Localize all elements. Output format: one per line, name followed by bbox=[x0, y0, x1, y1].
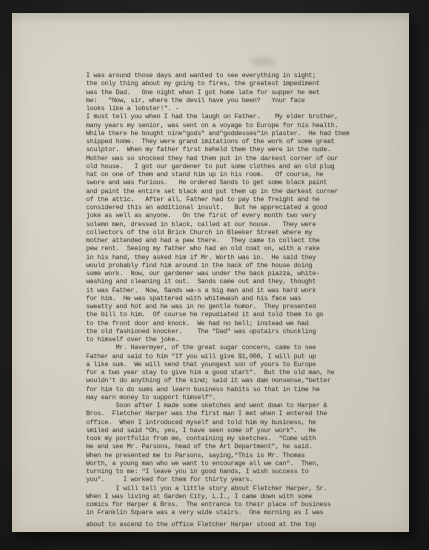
typed-line: for him to do sums and learn business ha… bbox=[86, 386, 378, 394]
typed-line: When he presented me to Parsons, saying,… bbox=[86, 452, 378, 460]
typed-line: I was around those days and wanted to se… bbox=[86, 72, 378, 80]
typed-line: While there he bought nine"gods" and"god… bbox=[86, 130, 378, 138]
typed-line: of the attic. After all, Father had to p… bbox=[86, 196, 378, 204]
typed-line: the bill to him. Of course he repudiated… bbox=[86, 311, 378, 319]
typed-line: comics for Harper & Bros. The entrance t… bbox=[86, 501, 378, 509]
typed-line: wouldn't do anything of the kind; said i… bbox=[86, 377, 378, 385]
typed-line: swore and was furious. He ordered Sands … bbox=[86, 179, 378, 187]
typed-line: the only thing about my going to fires, … bbox=[86, 80, 378, 88]
typed-line: smiled and said "Oh, yes, I have seen so… bbox=[86, 427, 378, 435]
typed-line: washing and cleaning it out. Sands came … bbox=[86, 278, 378, 286]
typed-line: and paint the entire set black and put t… bbox=[86, 188, 378, 196]
typed-line: for a two year stay to give him a good s… bbox=[86, 369, 378, 377]
document-text: I was around those days and wanted to se… bbox=[86, 72, 378, 529]
typed-line: the old fashioned knocker. The "Dad" was… bbox=[86, 328, 378, 336]
typed-line: I must tell you when I had the laugh on … bbox=[86, 113, 378, 121]
typed-line: Bros. Fletcher Harper was the first man … bbox=[86, 410, 378, 418]
typed-line: I will tell you a little story about Fle… bbox=[86, 485, 378, 493]
typed-line: it was Father. Now, Sands wa-s a big man… bbox=[86, 287, 378, 295]
typed-line: joke as well as anyone. On the first of … bbox=[86, 212, 378, 220]
typed-line: me and see Mr. Parsons, head of the Art … bbox=[86, 443, 378, 451]
typed-line: solemn men, dressed in black, called at … bbox=[86, 221, 378, 229]
typed-line: Mother was so shocked they had them put … bbox=[86, 155, 378, 163]
typed-line: mother attended and had a pew there. The… bbox=[86, 237, 378, 245]
typed-line: for him. He was spattered with whitewash… bbox=[86, 295, 378, 303]
paper-smudge bbox=[250, 57, 276, 66]
typed-line: to himself over the joke. bbox=[86, 336, 378, 344]
typed-line: shipped home. They were grand imitations… bbox=[86, 138, 378, 146]
typed-line: you". I worked for them for thirty years… bbox=[86, 476, 378, 484]
typed-line: Worth, a young man who we want to encour… bbox=[86, 460, 378, 468]
typed-line: pew rent. Seeing my father who had an ol… bbox=[86, 245, 378, 253]
typed-line: sweatty and hot and he was in no gentle … bbox=[86, 303, 378, 311]
typed-line: sculptor. When my father first beheld th… bbox=[86, 146, 378, 154]
typed-line: me: "Now, sir, where the devil have you … bbox=[86, 97, 378, 105]
typed-line: looks like a lobster!". - bbox=[86, 105, 378, 113]
typed-line: Mr. Havermyer, of the great sugar concer… bbox=[86, 344, 378, 352]
typed-line: old house. I got our gardener to put som… bbox=[86, 163, 378, 171]
typed-line: collectors of the old Brick Church in Bl… bbox=[86, 229, 378, 237]
typed-line: hat on one of them and stand him up in h… bbox=[86, 171, 378, 179]
typed-line: would probably find him around in the ba… bbox=[86, 262, 378, 270]
typed-line: many years my senior, was sent on a voya… bbox=[86, 122, 378, 130]
typed-line: some work. Now, our gardener was under t… bbox=[86, 270, 378, 278]
typed-line: office. When I introduced myself and tol… bbox=[86, 419, 378, 427]
typed-line: in Franklin Square was a very wide stair… bbox=[86, 509, 378, 517]
typed-line: about to ascend to the office Fletcher H… bbox=[86, 521, 378, 529]
typed-line: a like sum. We will send that youngest s… bbox=[86, 361, 378, 369]
typed-line: turning to me: "I leave you in good hand… bbox=[86, 468, 378, 476]
typed-line: Soon after I made some sketches and went… bbox=[86, 402, 378, 410]
typed-line: to the front door and knock. We had no b… bbox=[86, 320, 378, 328]
typed-line: When I was living at Garden City, L.I., … bbox=[86, 493, 378, 501]
typed-line: may earn money to support himself". bbox=[86, 394, 378, 402]
document-page: I was around those days and wanted to se… bbox=[12, 13, 409, 532]
typed-line: was the Dad. One night when I got home l… bbox=[86, 89, 378, 97]
typed-line: Father and said to him "If you will give… bbox=[86, 353, 378, 361]
typed-line: in his hand, they asked him if Mr. Worth… bbox=[86, 254, 378, 262]
typed-line: took my portfolio from me, containing my… bbox=[86, 435, 378, 443]
typed-line: considered this an additional insult. Bu… bbox=[86, 204, 378, 212]
